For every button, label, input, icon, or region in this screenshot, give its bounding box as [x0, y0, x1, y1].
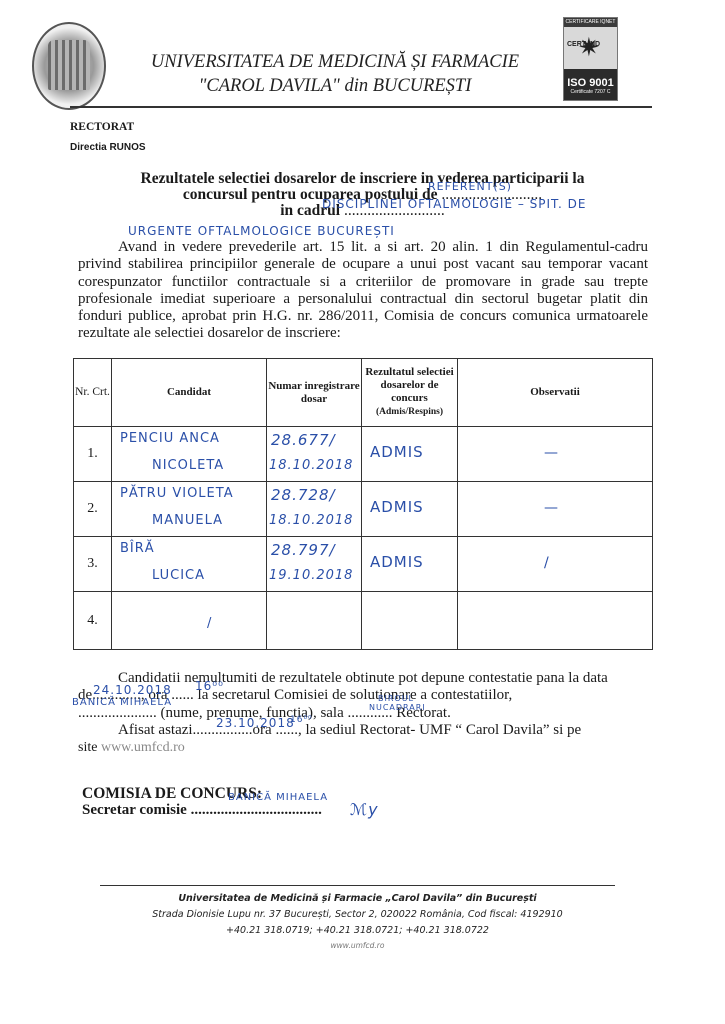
- row-nr: 3.: [74, 537, 112, 592]
- row-observations: [458, 592, 653, 650]
- row-result: ADMIS: [362, 537, 458, 592]
- candidate-name-1: BÎRĂ: [120, 541, 155, 556]
- department-label: RECTORAT: [70, 121, 134, 133]
- handwritten-contest-date: 24.10.2018: [93, 683, 172, 697]
- table-header-row: Nr. Crt. Candidat Numar inregistrare dos…: [74, 359, 653, 427]
- row-result: ADMIS: [362, 427, 458, 482]
- header-numar: Numar inregistrare dosar: [267, 359, 362, 427]
- handwritten-room-1: BIROUL: [378, 694, 414, 703]
- row-result: ADMIS: [362, 482, 458, 537]
- candidate-name-2: MANUELA: [152, 513, 223, 528]
- handwritten-secretary-name: BANICĂ MIHAELA: [72, 697, 172, 708]
- candidate-name-2: NICOLETA: [152, 458, 224, 473]
- handwritten-posted-date: 23.10.2018: [216, 716, 295, 730]
- registration-number: 28.677/: [271, 431, 336, 449]
- university-title: UNIVERSITATEA DE MEDICINĂ ȘI FARMACIE "C…: [150, 50, 520, 98]
- signature: ℳy: [350, 800, 379, 819]
- selection-result: ADMIS: [370, 498, 424, 516]
- footer-address: Strada Dionisie Lupu nr. 37 București, S…: [100, 909, 615, 920]
- table-row: 4. /: [74, 592, 653, 650]
- seal-building-icon: [48, 40, 90, 90]
- row-registration: 28.728/18.10.2018: [267, 482, 362, 537]
- header-rezultat-text: Rezultatul selectiei dosarelor de concur…: [365, 366, 453, 404]
- registration-date: 18.10.2018: [269, 458, 353, 473]
- intro-paragraph: Avand in vedere prevederile art. 15 lit.…: [78, 239, 648, 343]
- candidate-name-1: PĂTRU VIOLETA: [120, 486, 234, 501]
- header-candidat: Candidat: [112, 359, 267, 427]
- row-observations: —: [458, 427, 653, 482]
- table-row: 3. BÎRĂLUCICA 28.797/19.10.2018 ADMIS /: [74, 537, 653, 592]
- header-rezultat-sub: (Admis/Respins): [376, 407, 443, 417]
- handwritten-secretary: BANICĂ MIHAELA: [228, 792, 328, 803]
- table-row: 2. PĂTRU VIOLETAMANUELA 28.728/18.10.201…: [74, 482, 653, 537]
- row-nr: 2.: [74, 482, 112, 537]
- iso-certification-logo: CERTIFICARE IQNET CERT IND ✷ ISO 9001 Ce…: [563, 17, 618, 101]
- registration-number: 28.728/: [271, 486, 336, 504]
- candidate-name-2: LUCICA: [152, 568, 205, 583]
- iso-logo-top-text: CERTIFICARE IQNET: [564, 18, 617, 27]
- results-table: Nr. Crt. Candidat Numar inregistrare dos…: [73, 358, 653, 650]
- university-title-line1: UNIVERSITATEA DE MEDICINĂ ȘI FARMACIE: [150, 50, 520, 74]
- observation-mark: /: [544, 555, 550, 571]
- row-registration: [267, 592, 362, 650]
- row-registration: 28.677/18.10.2018: [267, 427, 362, 482]
- candidate-name-1: PENCIU ANCA: [120, 431, 220, 446]
- registration-number: 28.797/: [271, 541, 336, 559]
- observation-mark: —: [544, 500, 559, 516]
- registration-date: 19.10.2018: [269, 568, 353, 583]
- header-observatii: Observatii: [458, 359, 653, 427]
- observation-mark: —: [544, 445, 559, 461]
- row-result: [362, 592, 458, 650]
- university-seal-logo: [32, 22, 106, 110]
- handwritten-contest-hour: 16⁰⁰: [195, 679, 224, 693]
- row-candidate: PĂTRU VIOLETAMANUELA: [112, 482, 267, 537]
- row-candidate: /: [112, 592, 267, 650]
- site-link[interactable]: www.umfcd.ro: [101, 740, 185, 755]
- footer-phones: +40.21 318.0719; +40.21 318.0721; +40.21…: [100, 925, 615, 936]
- directorate-label: Directia RUNOS: [70, 142, 146, 153]
- row-observations: /: [458, 537, 653, 592]
- selection-result: ADMIS: [370, 553, 424, 571]
- row-registration: 28.797/19.10.2018: [267, 537, 362, 592]
- site-label: site: [78, 740, 101, 755]
- row-nr: 1.: [74, 427, 112, 482]
- footer-divider: [100, 885, 615, 886]
- contest-line4: Afisat astazi................ora ......,…: [78, 722, 648, 739]
- star-badge-icon: ✷: [578, 34, 600, 62]
- handwritten-department-1: DISCIPLINEI OFTALMOLOGIE – SPIT. DE: [322, 197, 586, 211]
- row-nr: 4.: [74, 592, 112, 650]
- site-line: site www.umfcd.ro: [78, 740, 185, 756]
- candidate-name-1: /: [207, 616, 212, 631]
- iso-standard: ISO 9001: [564, 77, 617, 89]
- header-divider: [70, 106, 652, 108]
- footer-website[interactable]: www.umfcd.ro: [100, 941, 615, 950]
- row-candidate: BÎRĂLUCICA: [112, 537, 267, 592]
- university-title-line2: "CAROL DAVILA" din BUCUREȘTI: [150, 74, 520, 98]
- footer-university: Universitatea de Medicină și Farmacie „C…: [100, 893, 615, 904]
- secretary-label: Secretar comisie .......................…: [82, 802, 322, 819]
- handwritten-room-2: NUCADRARI: [369, 703, 426, 712]
- row-candidate: PENCIU ANCANICOLETA: [112, 427, 267, 482]
- row-observations: —: [458, 482, 653, 537]
- handwritten-posted-hour: 16⁰⁰: [290, 715, 313, 725]
- table-row: 1. PENCIU ANCANICOLETA 28.677/18.10.2018…: [74, 427, 653, 482]
- iso-certificate: Certificate 7207 C: [564, 89, 617, 95]
- registration-date: 18.10.2018: [269, 513, 353, 528]
- handwritten-post: REFERENT(S): [428, 180, 512, 193]
- header-rezultat: Rezultatul selectiei dosarelor de concur…: [362, 359, 458, 427]
- header-nr: Nr. Crt.: [74, 359, 112, 427]
- handwritten-department-2: URGENTE OFTALMOLOGICE BUCUREȘTI: [128, 224, 395, 238]
- selection-result: ADMIS: [370, 443, 424, 461]
